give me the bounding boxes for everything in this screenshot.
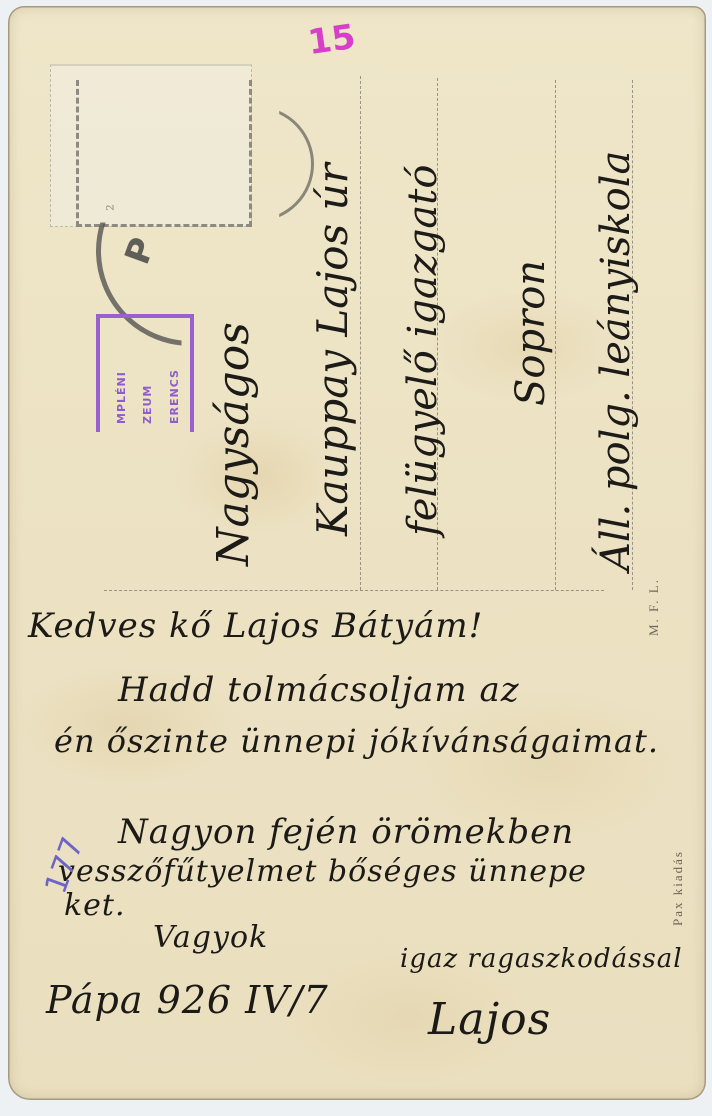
publisher-name: Pax kiadás	[670, 806, 686, 926]
address-line-school: Áll. polg. leányiskola	[593, 151, 639, 571]
address-line-name: Kauppay Lajos úr	[308, 163, 357, 536]
address-guide-line	[360, 76, 361, 590]
museum-stamp-line: MPLÉNI	[115, 324, 128, 424]
stamp-frame	[76, 80, 252, 227]
message-greeting: Kedves kő Lajos Bátyám!	[28, 606, 483, 646]
address-line-title: felügyelő igazgató	[400, 165, 446, 536]
publisher-mark: M. F. L.	[646, 566, 662, 636]
address-line-salutation: Nagyságos	[208, 322, 259, 566]
place-date: Pápa 926 IV/7	[46, 978, 329, 1022]
pink-inventory-mark: 15	[305, 17, 357, 63]
address-guide-line	[555, 80, 556, 590]
museum-stamp-line: ERENCS	[168, 324, 181, 424]
message-closing: Vagyok	[153, 920, 268, 955]
message-line: vesszőfűtyelmet bőséges ünnepe	[58, 854, 587, 889]
message-line: Hadd tolmácsoljam az	[118, 670, 520, 710]
message-line: én őszinte ünnepi jókívánságaimat.	[54, 722, 659, 760]
address-line-city: Sopron	[508, 260, 554, 406]
message-line: ket.	[64, 888, 126, 923]
museum-stamp: MPLÉNI ZEUM ERENCS	[96, 314, 194, 432]
message-regards: igaz ragaszkodással	[400, 944, 683, 974]
message-line: Nagyon fején örömekben	[118, 812, 574, 852]
stamp-denomination: 2	[106, 204, 117, 210]
divider-line	[104, 590, 604, 591]
signature: Lajos	[428, 994, 551, 1045]
postcard: 2 P 15 MPLÉNI ZEUM ERENCS Nagyságos Kaup…	[8, 6, 706, 1100]
museum-stamp-line: ZEUM	[141, 324, 154, 424]
